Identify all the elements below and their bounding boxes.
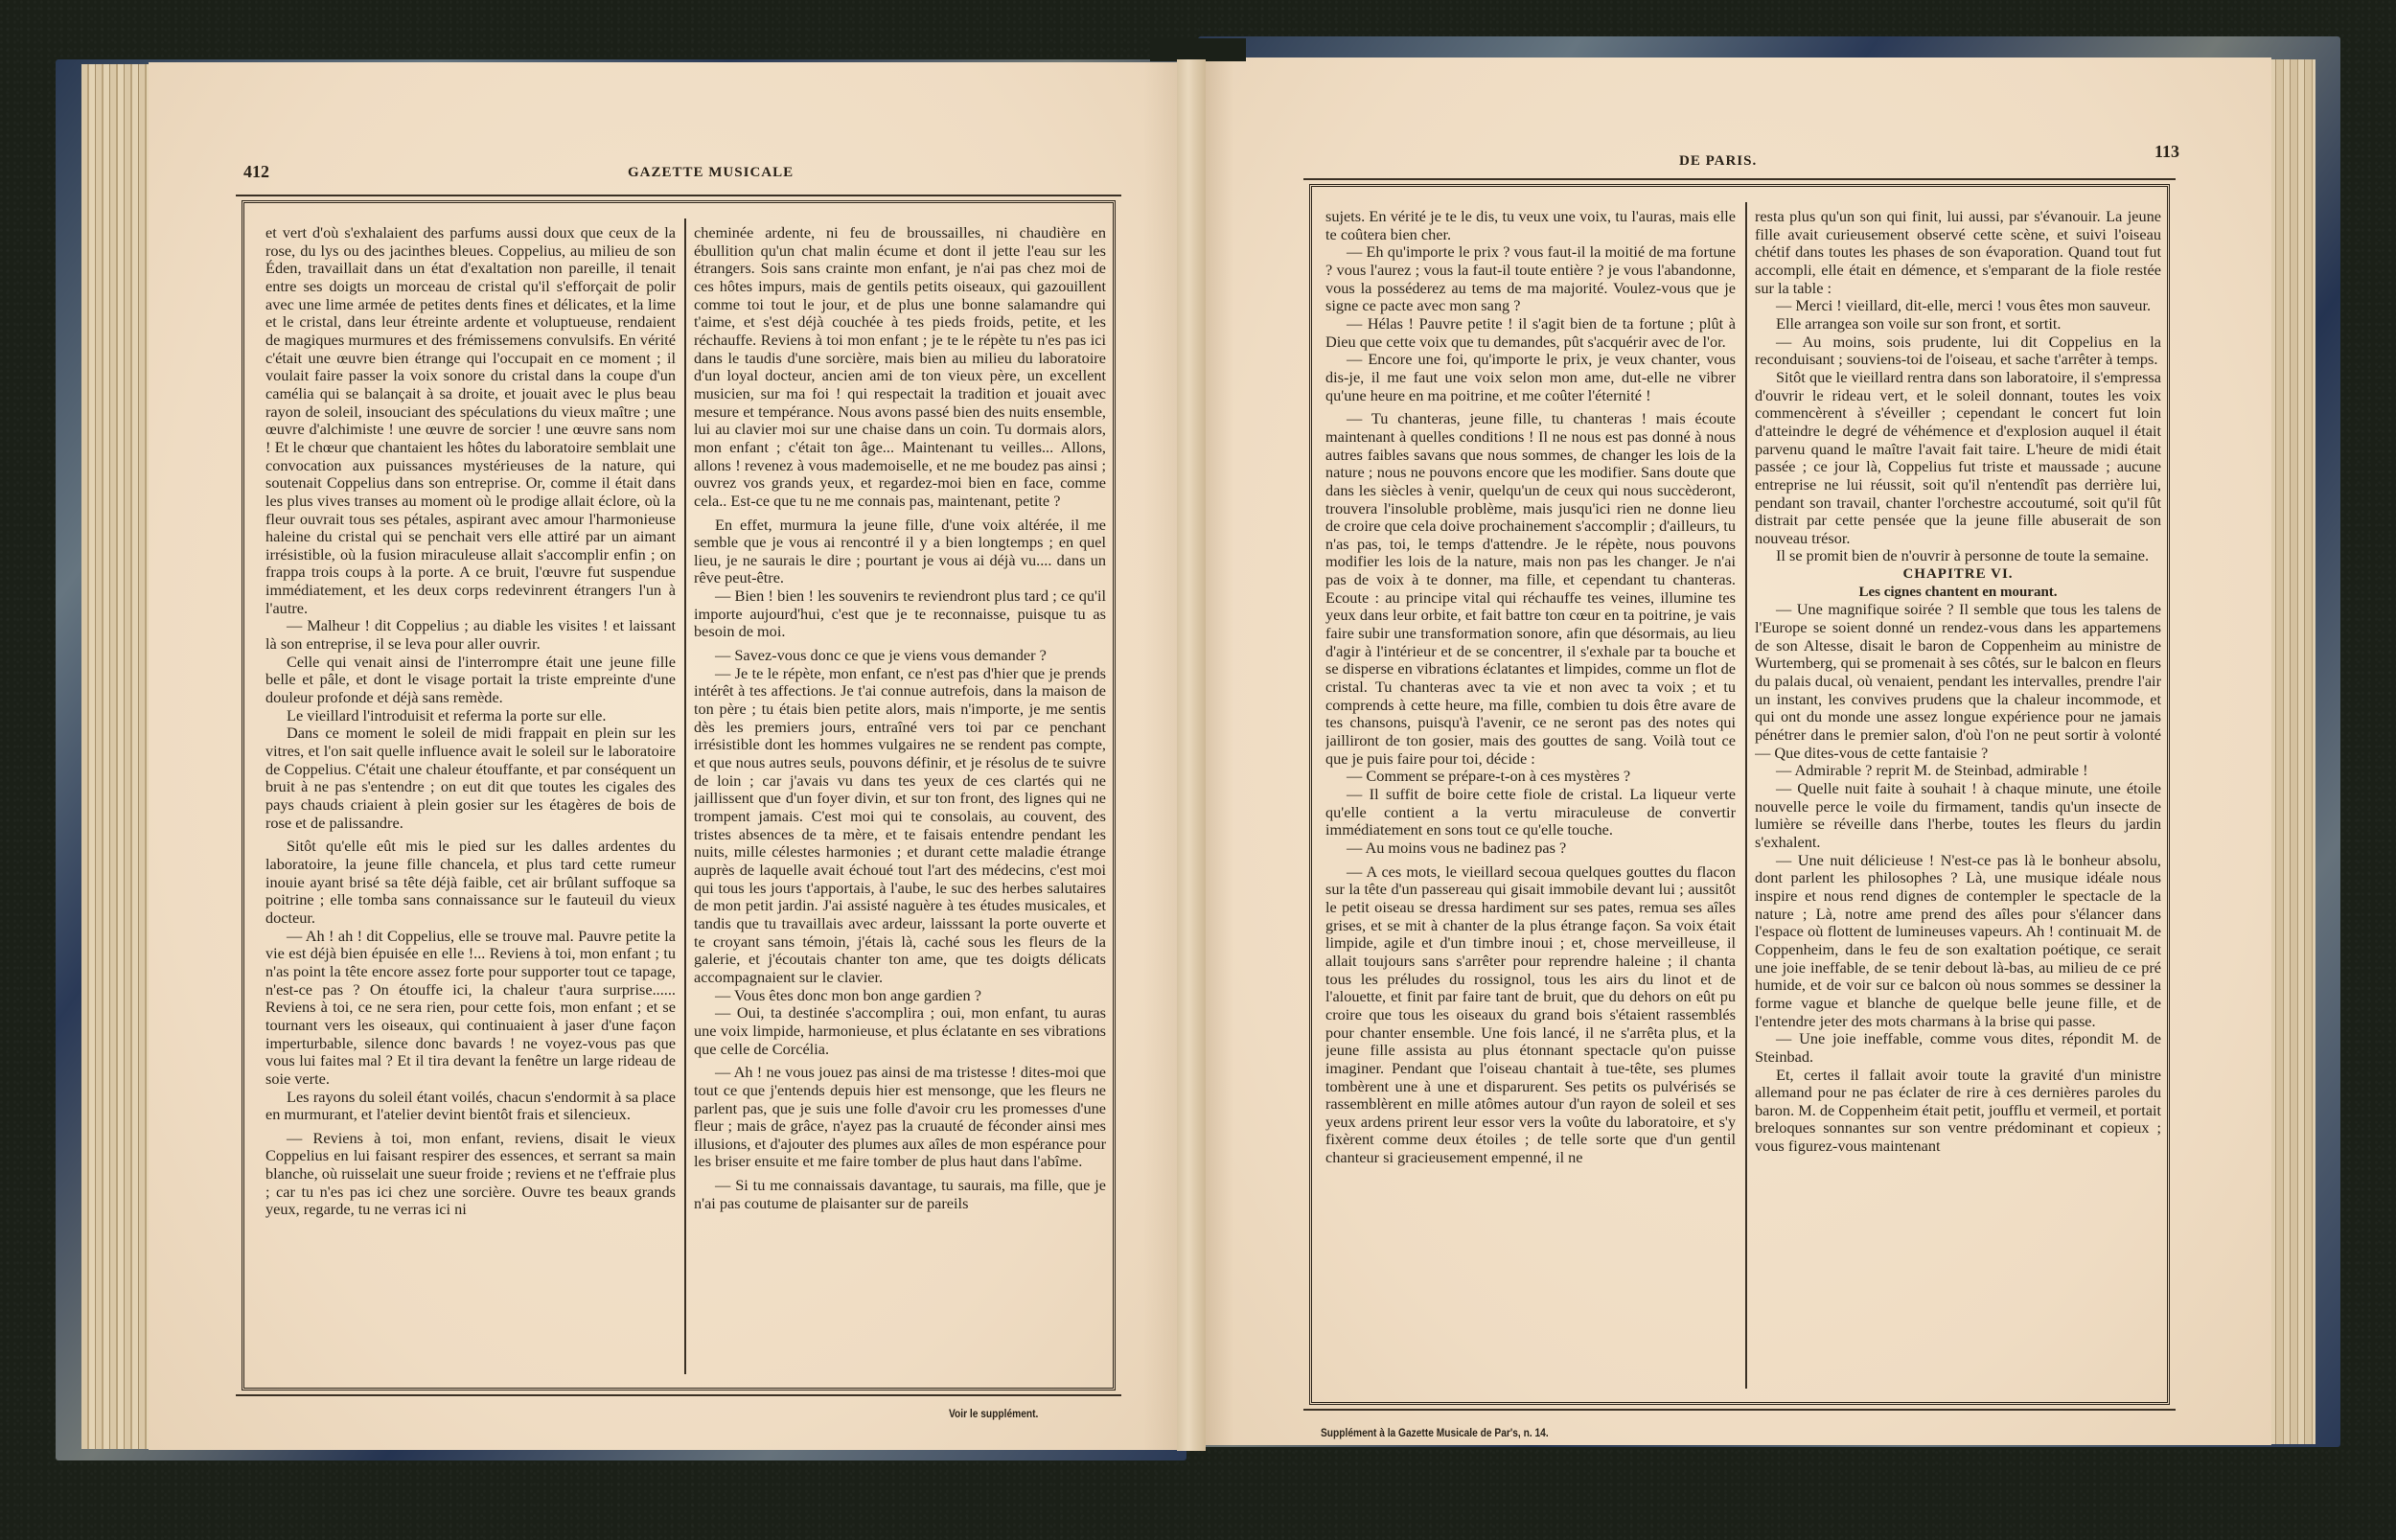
right-page-footer-note: Supplément à la Gazette Musicale de Par'… — [1321, 1426, 1549, 1439]
paragraph: — Encore une foi, qu'importe le prix, je… — [1325, 351, 1736, 404]
right-running-head: DE PARIS. — [1679, 153, 1757, 170]
paragraph: — Bien ! bien ! les souvenirs te reviend… — [694, 587, 1106, 641]
paragraph: — Savez-vous donc ce que je viens vous d… — [694, 647, 1106, 665]
left-page-stack-edges — [81, 64, 150, 1449]
paragraph: — Oui, ta destinée s'accomplira ; oui, m… — [694, 1004, 1106, 1058]
right-page-number: 113 — [2154, 142, 2179, 162]
gutter-shadow — [1205, 57, 1233, 1445]
right-page-stack-edges — [2269, 59, 2315, 1444]
paragraph: — Ah ! ah ! dit Coppelius, elle se trouv… — [265, 928, 676, 1089]
chapter-title: CHAPITRE VI. — [1755, 565, 2161, 584]
paragraph: — Reviens à toi, mon enfant, reviens, di… — [265, 1130, 676, 1219]
paragraph: — Il suffit de boire cette fiole de cris… — [1325, 786, 1736, 839]
paragraph: — Merci ! vieillard, dit-elle, merci ! v… — [1755, 297, 2161, 315]
left-text-frame: et vert d'où s'exhalaient des parfums au… — [242, 200, 1116, 1391]
paragraph: Il se promit bien de n'ouvrir à personne… — [1755, 547, 2161, 565]
paragraph: et vert d'où s'exhalaient des parfums au… — [265, 224, 676, 617]
paragraph: Celle qui venait ainsi de l'interrompre … — [265, 654, 676, 707]
paragraph: resta plus qu'un son qui finit, lui auss… — [1755, 208, 2161, 297]
column-divider — [1745, 202, 1747, 1389]
paragraph: sujets. En vérité je te le dis, tu veux … — [1325, 208, 1736, 243]
paragraph: — A ces mots, le vieillard secoua quelqu… — [1325, 863, 1736, 1167]
right-page-column-1: sujets. En vérité je te le dis, tu veux … — [1325, 208, 1736, 1387]
paragraph: — Une magnifique soirée ? Il semble que … — [1755, 601, 2161, 762]
paragraph: — Tu chanteras, jeune fille, tu chantera… — [1325, 410, 1736, 768]
paragraph: — Quelle nuit faite à souhait ! à chaque… — [1755, 780, 2161, 852]
paragraph: Les rayons du soleil étant voilés, chacu… — [265, 1089, 676, 1124]
paragraph: — Une nuit délicieuse ! N'est-ce pas là … — [1755, 852, 2161, 1031]
left-running-head: GAZETTE MUSICALE — [628, 165, 794, 181]
column-divider — [684, 218, 686, 1374]
right-page-column-2: resta plus qu'un son qui finit, lui auss… — [1755, 208, 2161, 1387]
paragraph: Sitôt que le vieillard rentra dans son l… — [1755, 369, 2161, 548]
paragraph: cheminée ardente, ni feu de broussailles… — [694, 224, 1106, 511]
paragraph: Sitôt qu'elle eût mis le pied sur les da… — [265, 838, 676, 927]
paragraph: En effet, murmura la jeune fille, d'une … — [694, 517, 1106, 588]
spine-gap — [1150, 38, 1246, 61]
paragraph: Le vieillard l'introduisit et referma la… — [265, 707, 676, 725]
paragraph: — Au moins vous ne badinez pas ? — [1325, 839, 1736, 858]
paragraph: — Au moins, sois prudente, lui dit Coppe… — [1755, 333, 2161, 369]
left-page-column-1: et vert d'où s'exhalaient des parfums au… — [265, 224, 676, 1372]
left-page-footer-note: Voir le supplément. — [949, 1407, 1038, 1420]
paragraph: — Si tu me connaissais davantage, tu sau… — [694, 1177, 1106, 1212]
paragraph: — Ah ! ne vous jouez pas ainsi de ma tri… — [694, 1064, 1106, 1171]
paragraph: — Je te le répète, mon enfant, ce n'est … — [694, 665, 1106, 987]
paragraph: Dans ce moment le soleil de midi frappai… — [265, 724, 676, 832]
paragraph: Elle arrangea son voile sur son front, e… — [1755, 315, 2161, 333]
paragraph: — Malheur ! dit Coppelius ; au diable le… — [265, 617, 676, 653]
paragraph: Et, certes il fallait avoir toute la gra… — [1755, 1067, 2161, 1156]
paragraph: — Hélas ! Pauvre petite ! il s'agit bien… — [1325, 315, 1736, 351]
book-spine-gutter — [1177, 59, 1206, 1451]
paragraph: — Comment se prépare-t-on à ces mystères… — [1325, 768, 1736, 786]
paragraph: — Eh qu'importe le prix ? vous faut-il l… — [1325, 243, 1736, 315]
left-page-column-2: cheminée ardente, ni feu de broussailles… — [694, 224, 1106, 1372]
left-page-number: 412 — [243, 162, 269, 182]
paragraph: — Vous êtes donc mon bon ange gardien ? — [694, 987, 1106, 1005]
paragraph: — Admirable ? reprit M. de Steinbad, adm… — [1755, 762, 2161, 780]
gutter-shadow — [1143, 62, 1182, 1450]
right-text-frame: sujets. En vérité je te le dis, tu veux … — [1309, 184, 2170, 1405]
paragraph: — Une joie ineffable, comme vous dites, … — [1755, 1030, 2161, 1066]
chapter-subtitle: Les cignes chantent en mourant. — [1755, 584, 2161, 602]
